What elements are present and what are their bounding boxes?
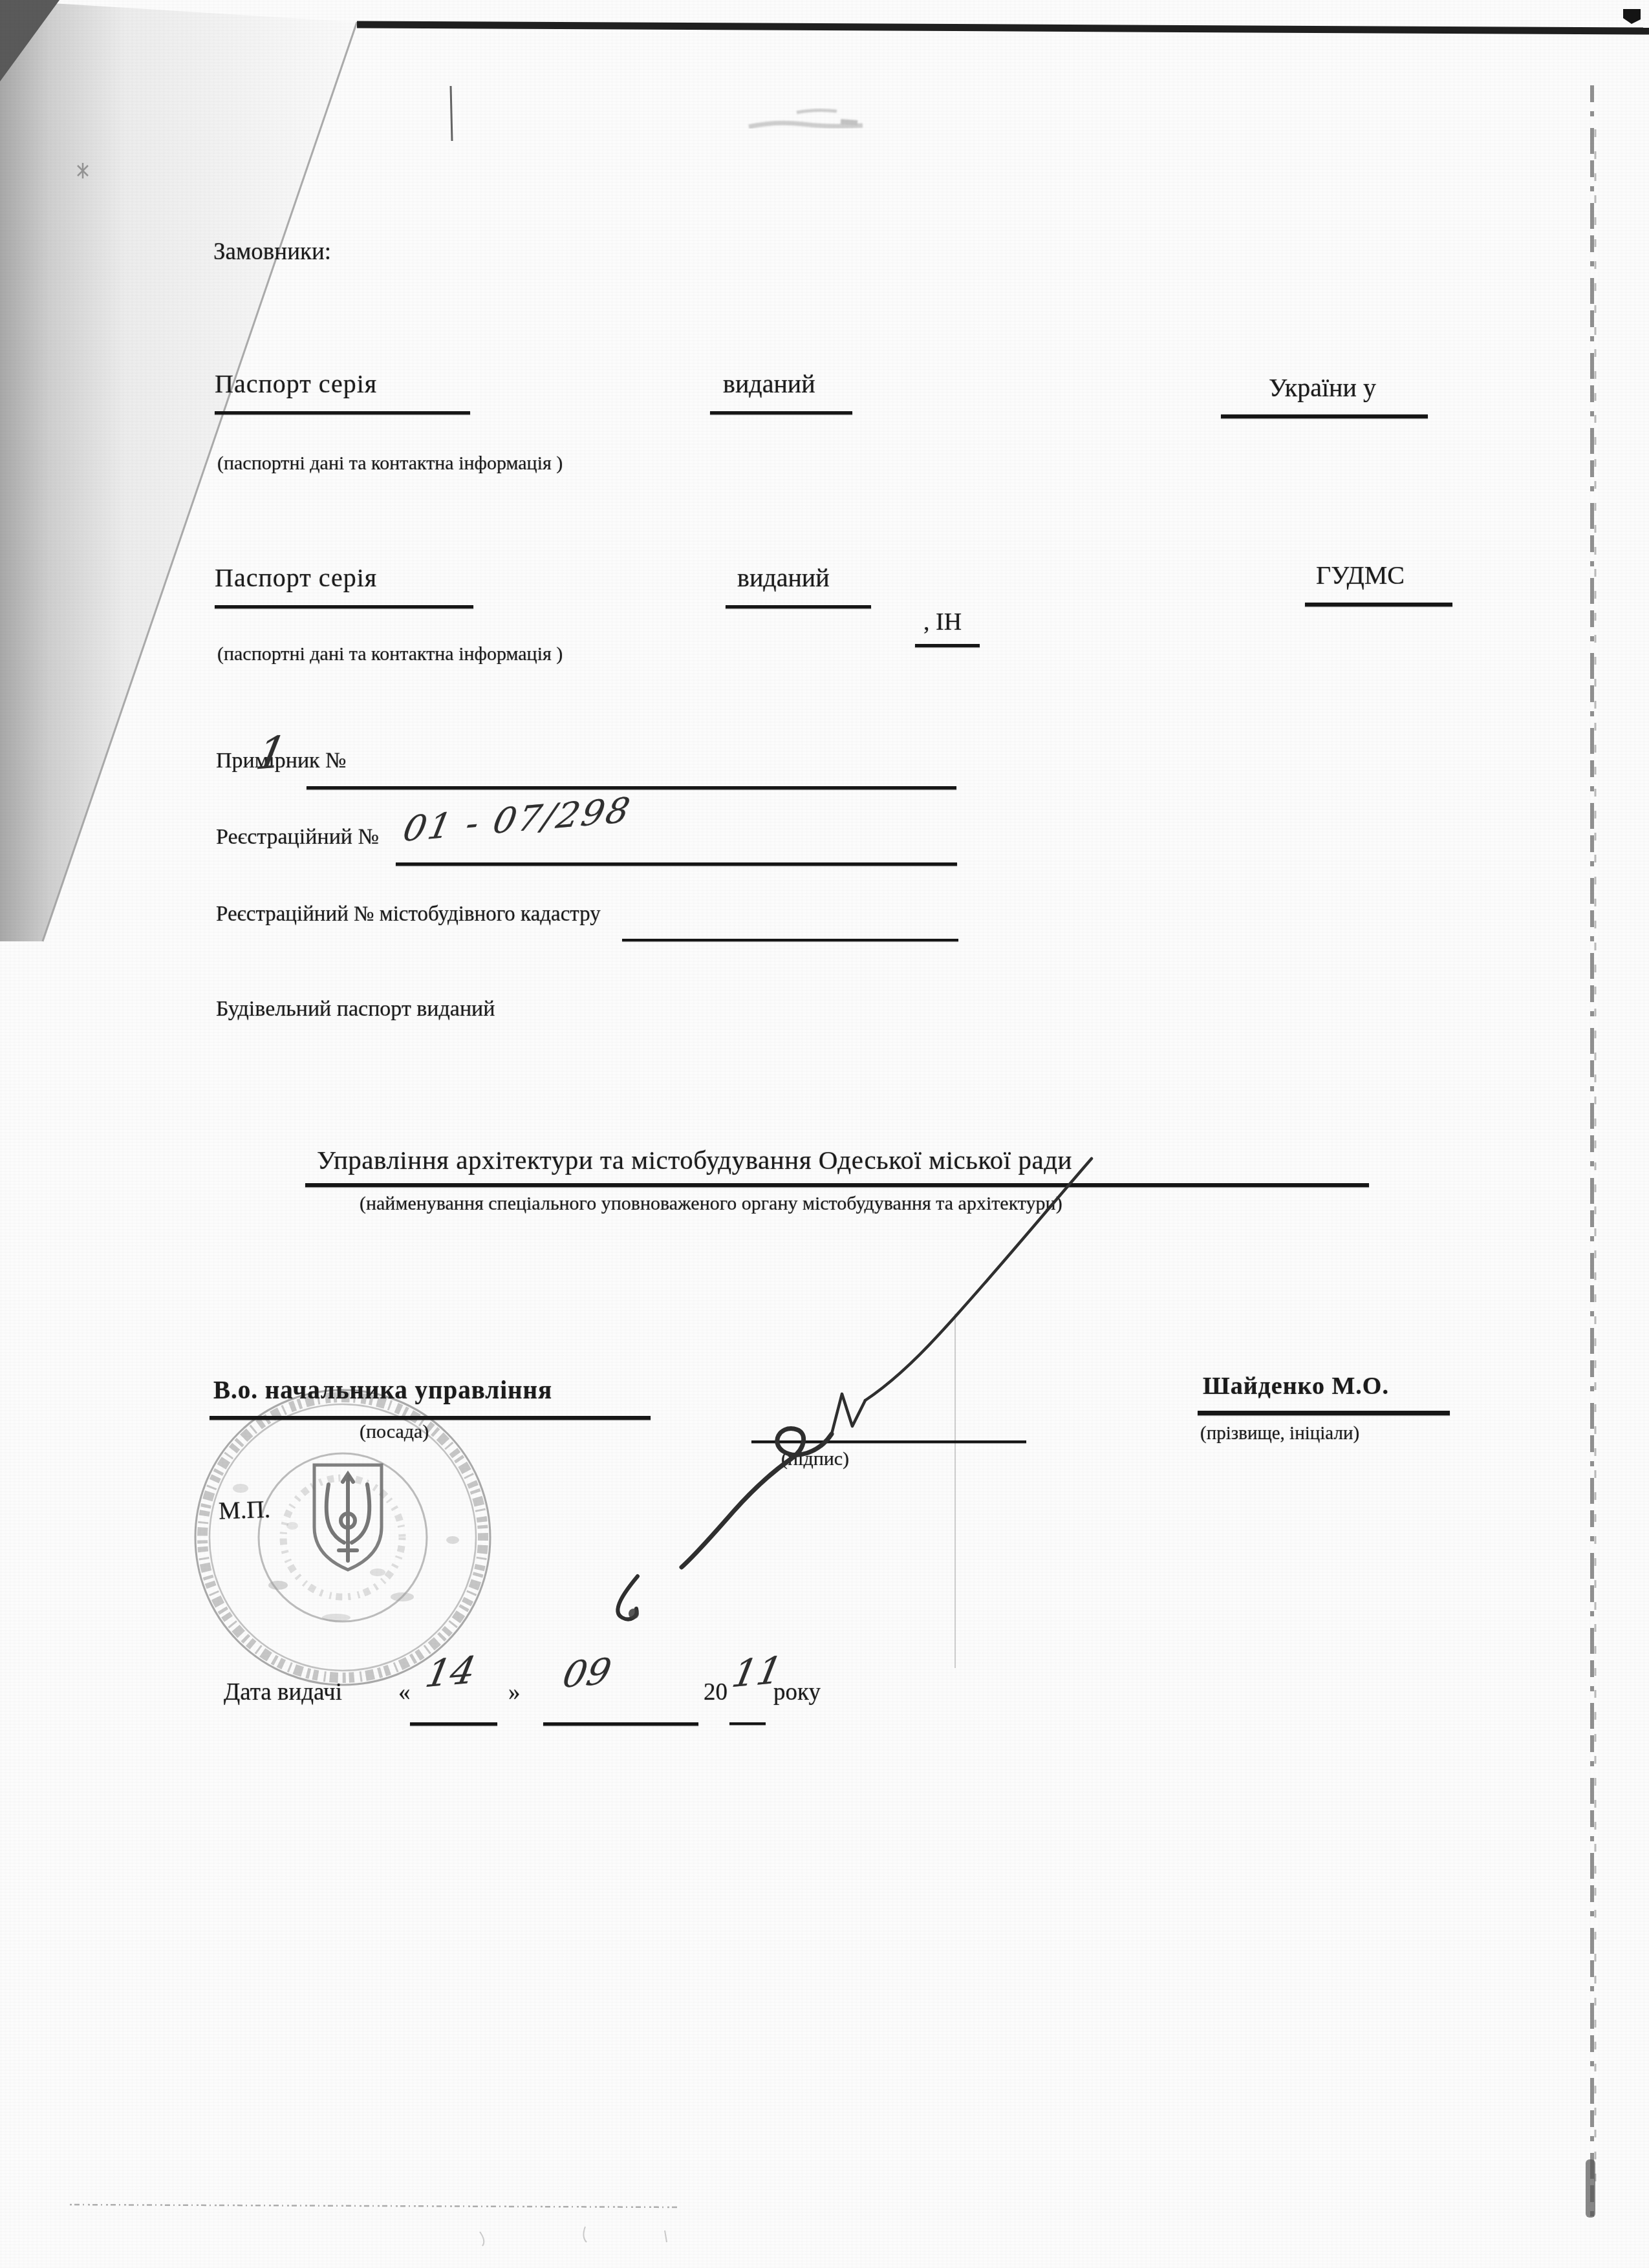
officer-signature — [618, 1159, 1092, 1619]
scanned-document-page: Замовники: Паспорт серія виданий України… — [0, 0, 1649, 2268]
signature-ink-layer — [0, 0, 1649, 2268]
